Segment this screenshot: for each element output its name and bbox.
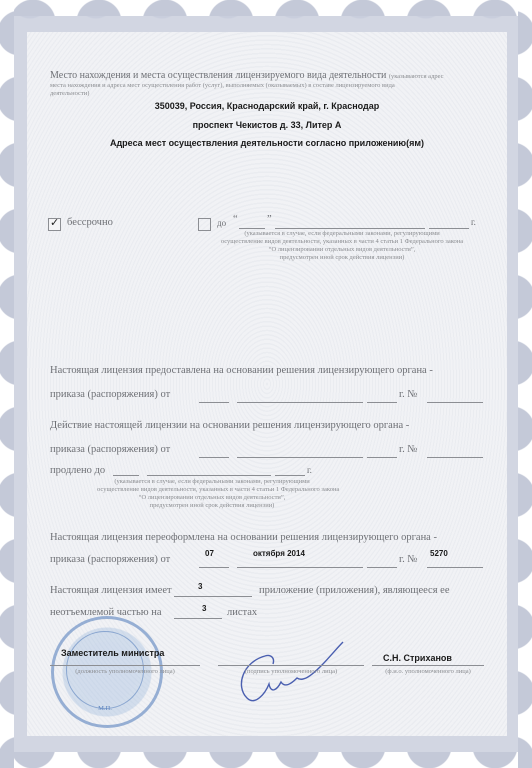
granted-day-field[interactable] <box>199 402 229 403</box>
reissued-order-label: приказа (распоряжения) от <box>50 554 170 565</box>
until-year-field[interactable] <box>429 228 469 229</box>
extended-day-field[interactable] <box>199 457 229 458</box>
appendix-line-2-suffix: листах <box>227 607 257 618</box>
reissued-year-label: г. № <box>399 554 417 565</box>
address-line-3: Адреса мест осуществления деятельности с… <box>27 138 507 148</box>
until-year-suffix: г. <box>471 217 476 227</box>
reissued-day-value: 07 <box>205 549 214 558</box>
until-quote-close: ” <box>267 214 272 225</box>
granted-year-label: г. № <box>399 389 417 400</box>
extended-until-month-field[interactable] <box>147 475 271 476</box>
license-page: Место нахождения и места осуществления л… <box>27 32 507 736</box>
extended-order-label: приказа (распоряжения) от <box>50 444 170 455</box>
sheet-count-value: 3 <box>202 604 206 613</box>
position-field <box>50 665 200 666</box>
border-scallop-bottom <box>0 752 532 768</box>
appendix-prefix: Настоящая лицензия имеет <box>50 585 172 596</box>
reissued-month-field[interactable] <box>237 567 363 568</box>
extended-until-day-field[interactable] <box>113 475 139 476</box>
reissued-number-value: 5270 <box>430 549 448 558</box>
signature-caption: (подпись уполномоченного лица) <box>218 668 364 675</box>
position-caption: (должность уполномоченного лица) <box>50 668 200 675</box>
address-line-2: проспект Чекистов д. 33, Литер А <box>27 120 507 130</box>
extended-year-field[interactable] <box>367 457 397 458</box>
name-value: С.Н. Стриханов <box>383 653 452 663</box>
appendix-suffix: приложение (приложения), являющееся ее <box>259 585 450 596</box>
border-scallop-top <box>0 0 532 16</box>
extended-year-label: г. № <box>399 444 417 455</box>
address-line-1: 350039, Россия, Краснодарский край, г. К… <box>27 101 507 111</box>
validity-note-1: (указывается в случае, если федеральными… <box>197 230 487 237</box>
granted-order-label: приказа (распоряжения) от <box>50 389 170 400</box>
granted-number-field[interactable] <box>427 402 483 403</box>
until-label: до <box>217 218 226 228</box>
place-heading-note: (указываются адрес <box>389 73 444 80</box>
granted-year-field[interactable] <box>367 402 397 403</box>
extended-line: Действие настоящей лицензии на основании… <box>50 420 409 431</box>
reissued-month-year-value: октября 2014 <box>253 549 305 558</box>
position-value: Заместитель министра <box>61 648 164 658</box>
reissued-day-field[interactable] <box>199 567 229 568</box>
granted-month-field[interactable] <box>237 402 363 403</box>
name-field <box>372 665 484 666</box>
place-heading-text: Место нахождения и места осуществления л… <box>50 70 386 81</box>
place-heading-note-2: места нахождения и адреса мест осуществл… <box>50 82 395 90</box>
reissued-line: Настоящая лицензия переоформлена на осно… <box>50 532 437 543</box>
granted-line: Настоящая лицензия предоставлена на осно… <box>50 365 433 376</box>
border-scallop-left <box>0 0 14 768</box>
extended-until-year-field[interactable] <box>275 475 305 476</box>
appendix-count-field[interactable] <box>174 596 252 597</box>
indefinite-label: бессрочно <box>67 217 113 228</box>
appendix-count-value: 3 <box>198 582 202 591</box>
indefinite-checkbox[interactable]: ✓ <box>48 218 61 231</box>
validity-note-4: предусмотрен иной срок действия лицензии… <box>197 254 487 261</box>
extended-note-1: (указывается в случае, если федеральными… <box>97 478 327 485</box>
border-scallop-right <box>518 0 532 768</box>
reissued-year-field[interactable] <box>367 567 397 568</box>
reissued-number-field[interactable] <box>427 567 483 568</box>
extended-until-label: продлено до <box>50 465 105 476</box>
validity-note-2: осуществление видов деятельности, указан… <box>197 238 487 245</box>
name-caption: (ф.и.о. уполномоченного лица) <box>372 668 484 675</box>
stamp-label: М.П. <box>90 705 120 712</box>
extended-note-4: предусмотрен иной срок действия лицензии… <box>97 502 327 509</box>
extended-note-3: “О лицензировании отдельных видов деятел… <box>97 494 327 501</box>
signature-field <box>218 665 364 666</box>
sheet-count-field[interactable] <box>174 618 222 619</box>
until-month-field[interactable] <box>275 228 425 229</box>
place-heading: Место нахождения и места осуществления л… <box>50 70 444 81</box>
extended-number-field[interactable] <box>427 457 483 458</box>
signature-icon <box>225 636 355 716</box>
extended-note-2: осуществление видов деятельности, указан… <box>97 486 327 493</box>
extended-month-field[interactable] <box>237 457 363 458</box>
until-quote-open: “ <box>233 214 238 225</box>
extended-until-year-suffix: г. <box>307 465 312 475</box>
place-heading-note-3: деятельности) <box>50 90 89 98</box>
until-day-field[interactable] <box>239 228 265 229</box>
check-mark-icon: ✓ <box>50 216 59 229</box>
validity-note-3: “О лицензировании отдельных видов деятел… <box>197 246 487 253</box>
